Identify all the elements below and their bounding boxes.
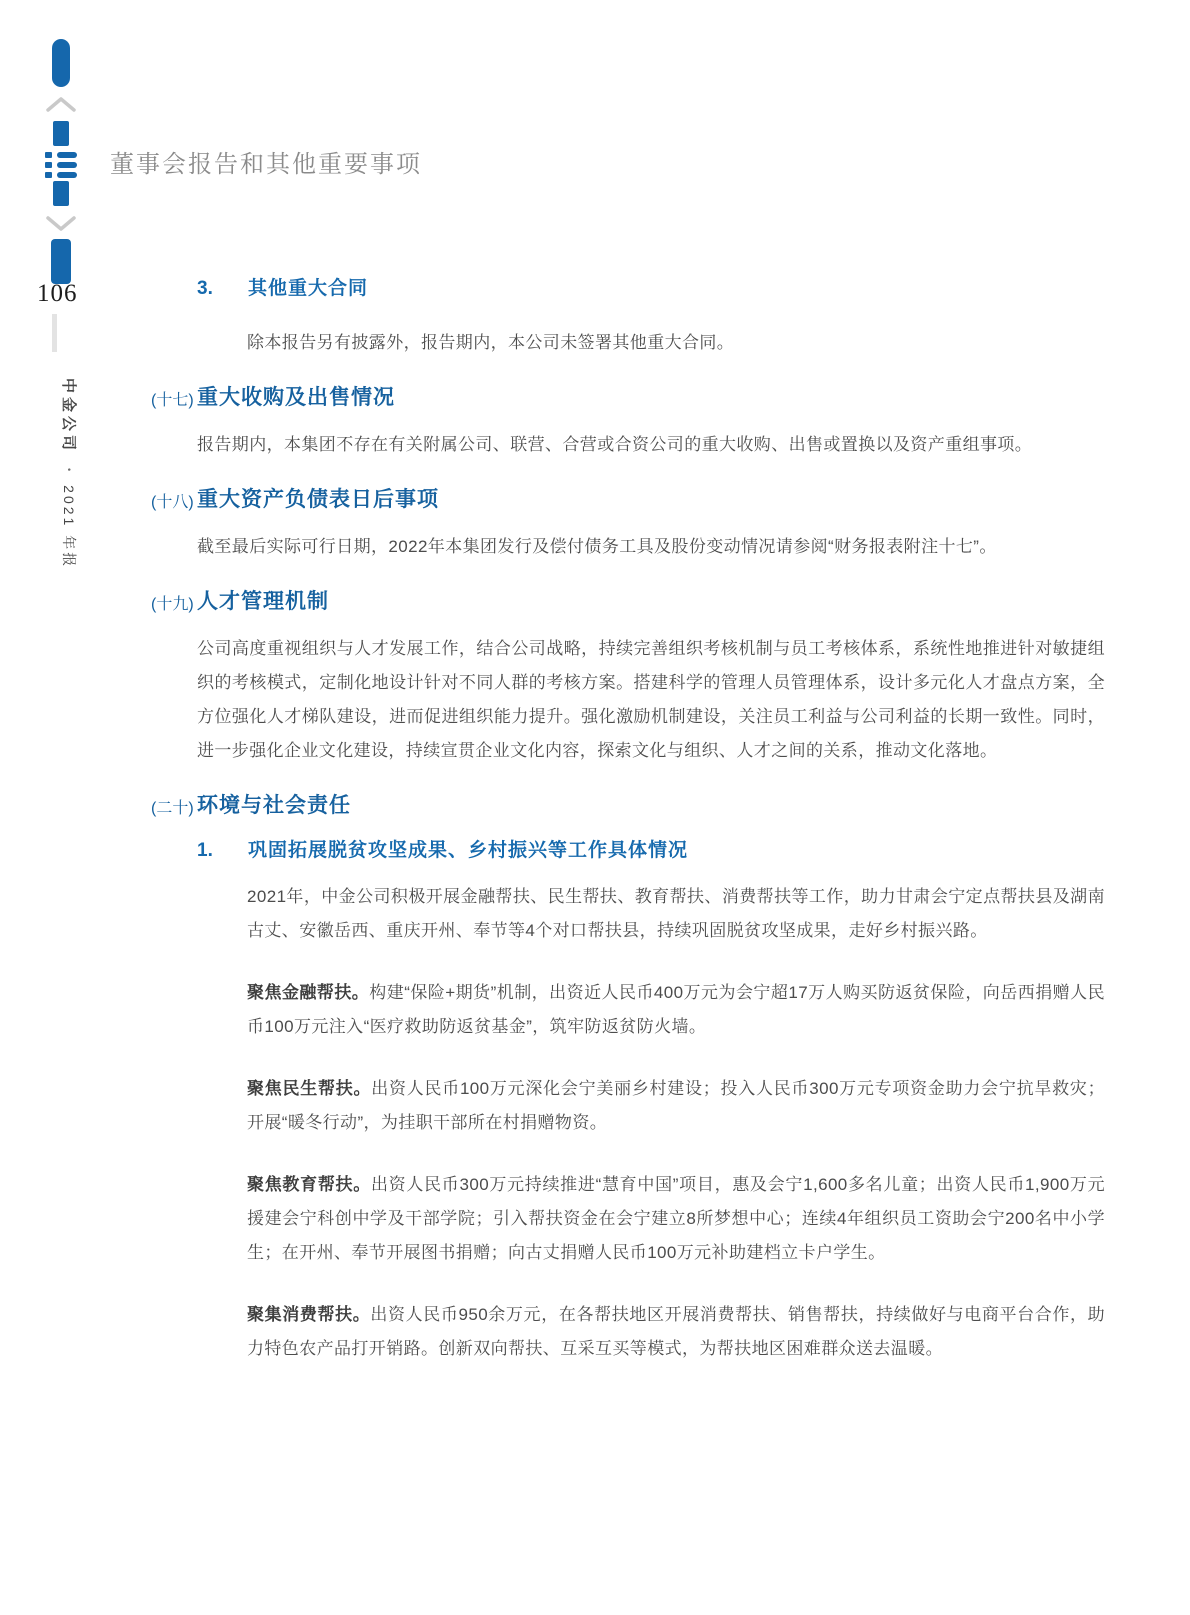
main-content: 3. 其他重大合同 除本报告另有披露外，报告期内，本公司未签署其他重大合同。 (…	[197, 276, 1105, 1383]
paragraph-lead: 聚焦教育帮扶。	[247, 1175, 371, 1194]
paragraph-text: 出资人民币950余万元，在各帮扶地区开展消费帮扶、销售帮扶，持续做好与电商平台合…	[247, 1305, 1105, 1358]
list-icon-row	[45, 172, 78, 178]
item-heading-poverty-alleviation: 1. 巩固拓展脱贫攻坚成果、乡村振兴等工作具体情况	[197, 838, 1105, 864]
section-label: (二十)	[151, 795, 194, 823]
section-label: (十七)	[151, 387, 194, 415]
paragraph-consumption-assistance: 聚集消费帮扶。出资人民币950余万元，在各帮扶地区开展消费帮扶、销售帮扶，持续做…	[247, 1298, 1105, 1366]
paragraph-financial-assistance: 聚焦金融帮扶。构建“保险+期货”机制，出资近人民币400万元为会宁超17万人购买…	[247, 976, 1105, 1044]
accent-bar-bottom	[51, 239, 71, 284]
paragraph-text: 出资人民币100万元深化会宁美丽乡村建设；投入人民币300万元专项资金助力会宁抗…	[247, 1079, 1105, 1132]
section-heading-talent: (十九) 人才管理机制	[197, 588, 1105, 616]
section-heading-acquisitions: (十七) 重大收购及出售情况	[197, 384, 1105, 412]
section-heading-balance-sheet-events: (十八) 重大资产负债表日后事项	[197, 486, 1105, 514]
paragraph-text: 构建“保险+期货”机制，出资近人民币400万元为会宁超17万人购买防返贫保险，向…	[247, 983, 1105, 1036]
accent-bar-small-upper	[53, 121, 69, 146]
paragraph-esg-intro: 2021年，中金公司积极开展金融帮扶、民生帮扶、教育帮扶、消费帮扶等工作，助力甘…	[247, 880, 1105, 948]
paragraph-lead: 聚焦金融帮扶。	[247, 983, 369, 1002]
page-number-tick	[52, 314, 57, 352]
paragraph-balance-sheet-events: 截至最后实际可行日期，2022年本集团发行及偿付债务工具及股份变动情况请参阅“财…	[197, 530, 1105, 564]
list-bullet-icon	[45, 152, 78, 182]
section-title: 重大资产负债表日后事项	[197, 488, 439, 511]
item-title: 巩固拓展脱贫攻坚成果、乡村振兴等工作具体情况	[248, 838, 688, 864]
chevron-up-icon	[45, 95, 77, 113]
section-label: (十八)	[151, 489, 194, 517]
item-number: 1.	[197, 838, 248, 864]
spine-edition: 2021 年报	[60, 485, 80, 569]
item-title: 其他重大合同	[248, 276, 368, 302]
paragraph-livelihood-assistance: 聚焦民生帮扶。出资人民币100万元深化会宁美丽乡村建设；投入人民币300万元专项…	[247, 1072, 1105, 1140]
paragraph-other-contracts: 除本报告另有披露外，报告期内，本公司未签署其他重大合同。	[247, 326, 1105, 360]
paragraph-text: 出资人民币300万元持续推进“慧育中国”项目，惠及会宁1,600多名儿童；出资人…	[247, 1175, 1105, 1262]
section-title: 重大收购及出售情况	[197, 386, 395, 409]
spine-label: 中金公司 • 2021 年报	[59, 378, 80, 569]
chapter-title: 董事会报告和其他重要事项	[110, 144, 422, 179]
item-number: 3.	[197, 276, 248, 302]
chevron-down-icon	[45, 214, 77, 232]
paragraph-lead: 聚焦民生帮扶。	[247, 1079, 371, 1098]
page-number: 106	[37, 280, 78, 308]
paragraph-lead: 聚集消费帮扶。	[247, 1305, 370, 1324]
list-icon-row	[45, 162, 78, 168]
accent-bar-top	[52, 39, 70, 87]
spine-separator-dot: •	[65, 468, 75, 471]
spine-company-name: 中金公司	[59, 378, 80, 454]
accent-bar-small-lower	[53, 181, 69, 206]
section-title: 人才管理机制	[197, 590, 329, 613]
left-rail: 106 中金公司 • 2021 年报	[0, 0, 120, 1615]
item-heading-other-contracts: 3. 其他重大合同	[197, 276, 1105, 302]
paragraph-acquisitions: 报告期内，本集团不存在有关附属公司、联营、合营或合资公司的重大收购、出售或置换以…	[197, 428, 1105, 462]
paragraph-talent: 公司高度重视组织与人才发展工作，结合公司战略，持续完善组织考核机制与员工考核体系…	[197, 632, 1105, 768]
list-icon-row	[45, 152, 78, 158]
section-title: 环境与社会责任	[197, 794, 351, 817]
section-label: (十九)	[151, 591, 194, 619]
paragraph-education-assistance: 聚焦教育帮扶。出资人民币300万元持续推进“慧育中国”项目，惠及会宁1,600多…	[247, 1168, 1105, 1270]
section-heading-esg: (二十) 环境与社会责任	[197, 792, 1105, 820]
